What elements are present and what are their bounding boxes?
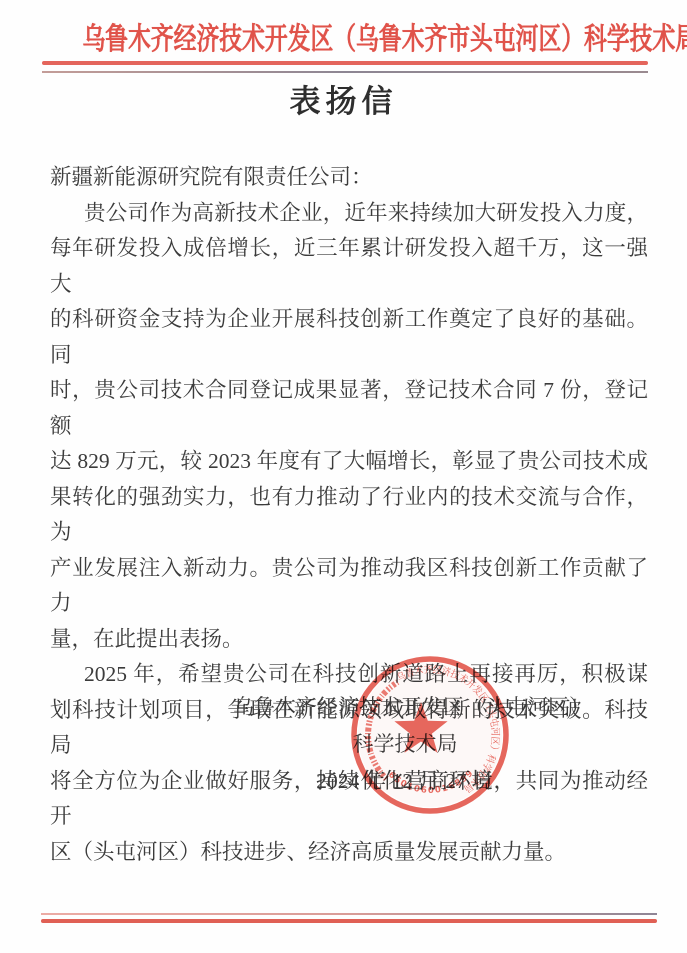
salutation: 新疆新能源研究院有限责任公司： [50, 160, 648, 196]
body-line: 的科研资金支持为企业开展科技创新工作奠定了良好的基础。同 [50, 302, 648, 373]
body-line: 区（头屯河区）科技进步、经济高质量发展贡献力量。 [50, 835, 648, 871]
body-line: 达 829 万元，较 2023 年度有了大幅增长，彰显了贵公司技术成 [50, 444, 648, 480]
letterhead-org-title: 乌鲁木齐经济技术开发区（乌鲁木齐市头屯河区）科学技术局 [82, 21, 604, 59]
body-line: 每年研发投入成倍增长，近三年累计研发投入超千万，这一强大 [50, 231, 648, 302]
body-line: 产业发展注入新动力。贵公司为推动我区科技创新工作贡献了力 [50, 551, 648, 622]
letter-page: 乌鲁木齐经济技术开发区（乌鲁木齐市头屯河区）科学技术局 表扬信 新疆新能源研究院… [0, 0, 687, 953]
letter-title: 表扬信 [0, 84, 687, 120]
body-line: 果转化的强劲实力，也有力推动了行业内的技术交流与合作，为 [50, 480, 648, 551]
letterhead-rule-thin [42, 71, 648, 73]
footer-rule-red [41, 919, 657, 923]
official-seal: 乌鲁木齐经济技术开发区（头屯河区）科学技术局 6501060016899 [345, 650, 515, 820]
letterhead-rule-thick [42, 61, 648, 65]
body-line: 贵公司作为高新技术企业，近年来持续加大研发投入力度， [50, 196, 648, 232]
footer-rule-light [41, 913, 657, 915]
body-line: 时，贵公司技术合同登记成果显著，登记技术合同 7 份，登记额 [50, 373, 648, 444]
